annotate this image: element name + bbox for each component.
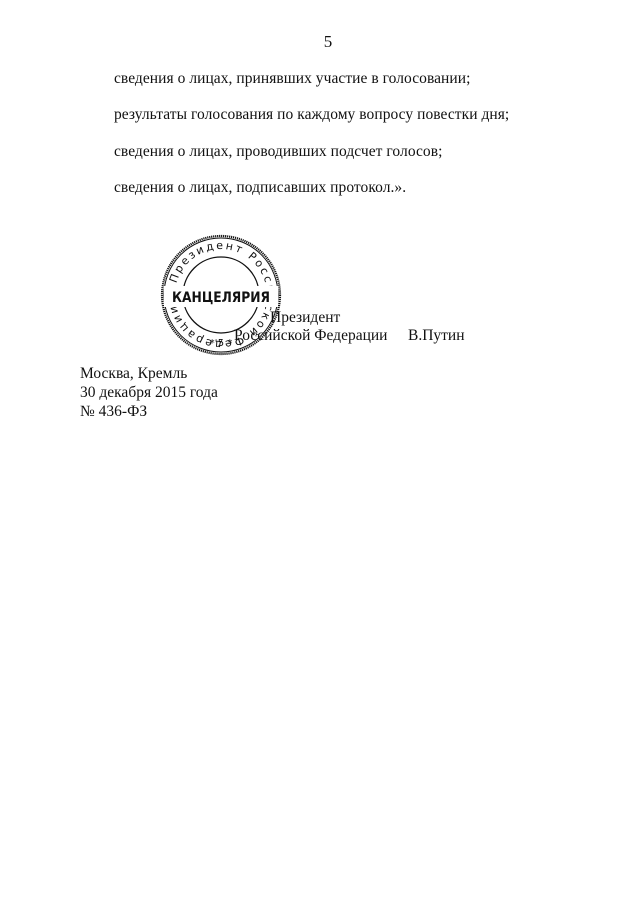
signatory-name: В.Путин — [408, 327, 465, 345]
law-number: № 436-ФЗ — [80, 402, 218, 421]
stamp-bottom-text: * 5 * — [210, 338, 233, 349]
paragraph: результаты голосования по каждому вопрос… — [114, 106, 509, 124]
official-stamp: Президент Российской Федерации * 5 * КАН… — [160, 234, 282, 356]
paragraph: сведения о лицах, принявших участие в го… — [114, 70, 470, 88]
stamp-seal-icon: Президент Российской Федерации * 5 * КАН… — [160, 234, 282, 356]
paragraph: сведения о лицах, проводивших подсчет го… — [114, 143, 442, 161]
signing-date: 30 декабря 2015 года — [80, 383, 218, 402]
document-page: 5 сведения о лицах, принявших участие в … — [0, 0, 640, 905]
place-date-block: Москва, Кремль 30 декабря 2015 года № 43… — [80, 364, 218, 421]
signing-location: Москва, Кремль — [80, 364, 218, 383]
paragraph: сведения о лицах, подписавших протокол.»… — [114, 179, 406, 197]
stamp-center-text: КАНЦЕЛЯРИЯ — [172, 290, 270, 306]
page-number: 5 — [8, 32, 640, 52]
